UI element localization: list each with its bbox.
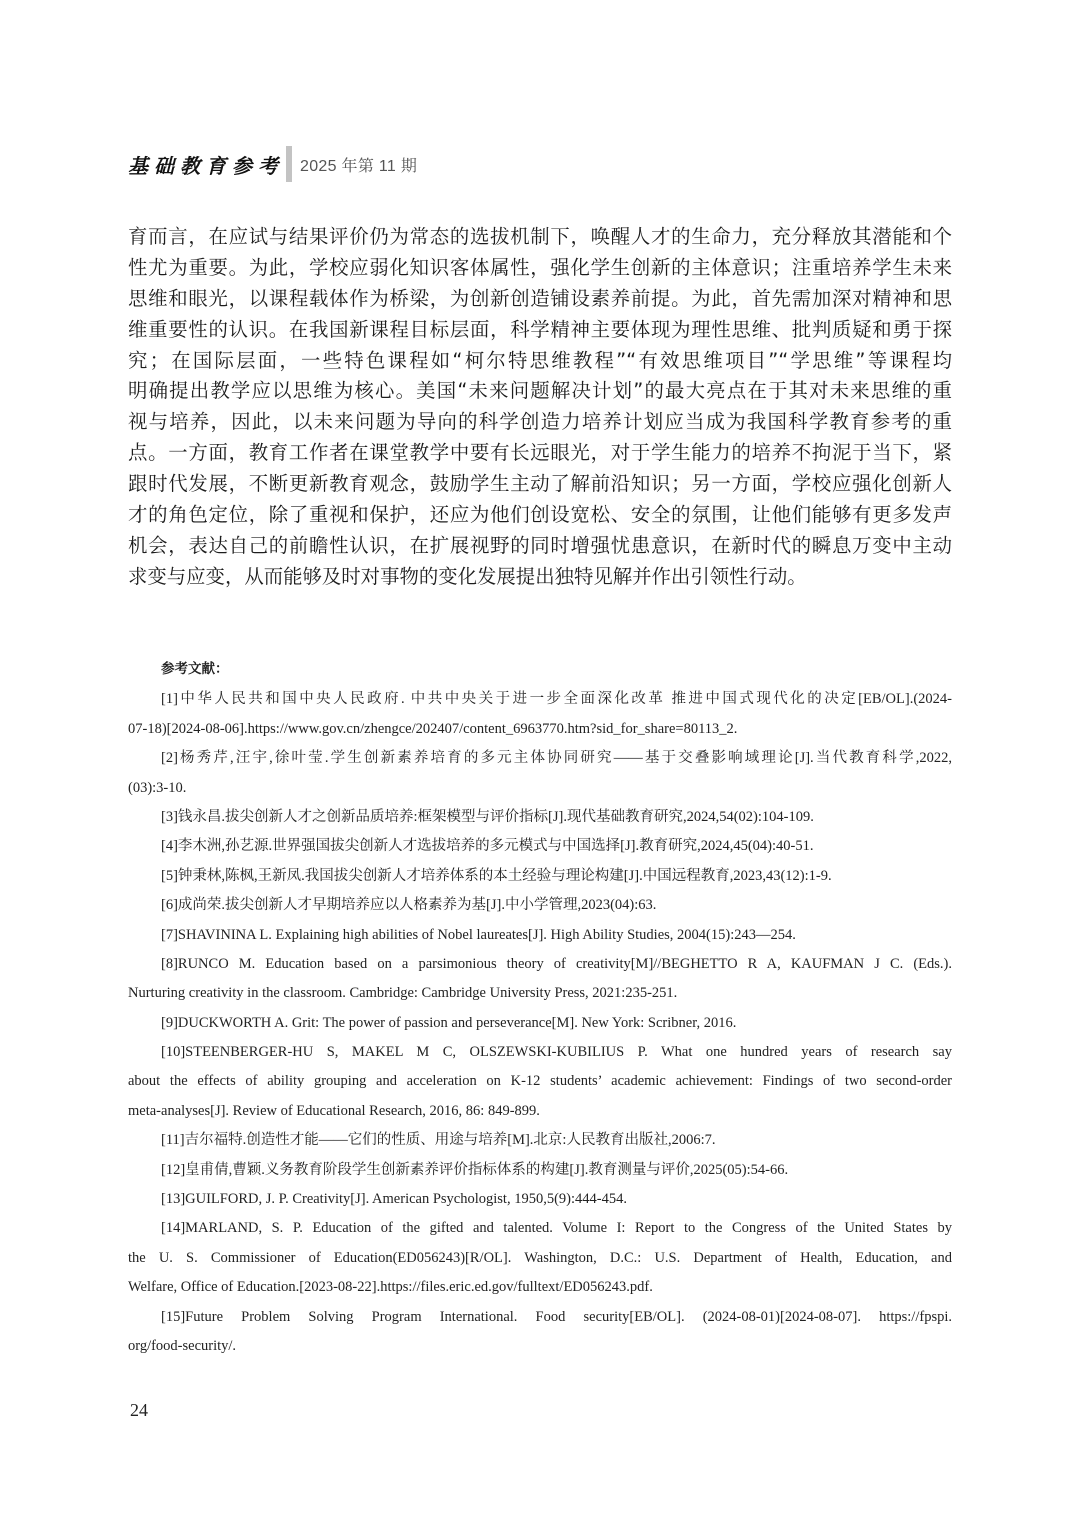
reference-line: Welfare, Office of Education.[2023-08-22… [128,1273,952,1302]
issue-label: 2025 年第 11 期 [300,153,417,176]
reference-line: [9]DUCKWORTH A. Grit: The power of passi… [128,1009,952,1038]
reference-line: [11]吉尔福特.创造性才能——它们的性质、用途与培养[M].北京:人民教育出版… [128,1126,952,1155]
body-line: 明确提出教学应以思维为核心。美国“未来问题解决计划”的最大亮点在于其对未来思维的… [128,376,952,407]
reference-line: Nurturing creativity in the classroom. C… [128,979,952,1008]
reference-line: [2]杨秀芹,汪宇,徐叶莹.学生创新素养培育的多元主体协同研究——基于交叠影响域… [128,744,952,773]
body-line: 才的角色定位，除了重视和保护，还应为他们创设宽松、安全的氛围，让他们能够有更多发… [128,500,952,531]
body-line: 思维和眼光，以课程载体作为桥梁，为创新创造铺设素养前提。为此，首先需加深对精神和… [128,284,952,315]
reference-item-15: [15]Future Problem Solving Program Inter… [128,1303,952,1362]
reference-line: [8]RUNCO M. Education based on a parsimo… [128,950,952,979]
reference-line: org/food-security/. [128,1332,952,1361]
reference-line: [13]GUILFORD, J. P. Creativity[J]. Ameri… [128,1185,952,1214]
header-divider [286,146,292,182]
reference-item-1: [1]中华人民共和国中央人民政府. 中共中央关于进一步全面深化改革 推进中国式现… [128,685,952,744]
body-line: 跟时代发展，不断更新教育观念，鼓励学生主动了解前沿知识；另一方面，学校应强化创新… [128,469,952,500]
body-line: 求变与应变，从而能够及时对事物的变化发展提出独特见解并作出引领性行动。 [128,562,952,593]
body-line: 育而言，在应试与结果评价仍为常态的选拔机制下，唤醒人才的生命力，充分释放其潜能和… [128,222,952,253]
running-header: 基础教育参考 2025 年第 11 期 [128,146,417,182]
body-paragraph: 育而言，在应试与结果评价仍为常态的选拔机制下，唤醒人才的生命力，充分释放其潜能和… [128,222,952,593]
reference-line: 07-18)[2024-08-06].https://www.gov.cn/zh… [128,715,952,744]
reference-item-7: [7]SHAVININA L. Explaining high abilitie… [128,921,952,950]
reference-line: [3]钱永昌.拔尖创新人才之创新品质培养:框架模型与评价指标[J].现代基础教育… [128,803,952,832]
reference-line: [7]SHAVININA L. Explaining high abilitie… [128,921,952,950]
reference-line: meta-analyses[J]. Review of Educational … [128,1097,952,1126]
reference-line: the U. S. Commissioner of Education(ED05… [128,1244,952,1273]
reference-line: [5]钟秉林,陈枫,王新凤.我国拔尖创新人才培养体系的本土经验与理论构建[J].… [128,862,952,891]
reference-line: about the effects of ability grouping an… [128,1067,952,1096]
reference-line: [10]STEENBERGER-HU S, MAKEL M C, OLSZEWS… [128,1038,952,1067]
reference-item-3: [3]钱永昌.拔尖创新人才之创新品质培养:框架模型与评价指标[J].现代基础教育… [128,803,952,832]
reference-item-8: [8]RUNCO M. Education based on a parsimo… [128,950,952,1009]
reference-item-11: [11]吉尔福特.创造性才能——它们的性质、用途与培养[M].北京:人民教育出版… [128,1126,952,1155]
references-section: 参考文献： [1]中华人民共和国中央人民政府. 中共中央关于进一步全面深化改革 … [128,656,952,1361]
page-number: 24 [130,1400,148,1421]
body-line: 性尤为重要。为此，学校应弱化知识客体属性，强化学生创新的主体意识；注重培养学生未… [128,253,952,284]
reference-line: [4]李木洲,孙艺源.世界强国拔尖创新人才选拔培养的多元模式与中国选择[J].教… [128,832,952,861]
reference-item-5: [5]钟秉林,陈枫,王新凤.我国拔尖创新人才培养体系的本土经验与理论构建[J].… [128,862,952,891]
reference-item-6: [6]成尚荣.拔尖创新人才早期培养应以人格素养为基[J].中小学管理,2023(… [128,891,952,920]
body-line: 维重要性的认识。在我国新课程目标层面，科学精神主要体现为理性思维、批判质疑和勇于… [128,315,952,346]
reference-item-9: [9]DUCKWORTH A. Grit: The power of passi… [128,1009,952,1038]
reference-line: [15]Future Problem Solving Program Inter… [128,1303,952,1332]
body-line: 视与培养，因此，以未来问题为导向的科学创造力培养计划应当成为我国科学教育参考的重 [128,407,952,438]
reference-item-10: [10]STEENBERGER-HU S, MAKEL M C, OLSZEWS… [128,1038,952,1126]
body-line: 点。一方面，教育工作者在课堂教学中要有长远眼光，对于学生能力的培养不拘泥于当下，… [128,438,952,469]
reference-line: [14]MARLAND, S. P. Education of the gift… [128,1214,952,1243]
references-title: 参考文献： [128,656,952,685]
reference-line: [6]成尚荣.拔尖创新人才早期培养应以人格素养为基[J].中小学管理,2023(… [128,891,952,920]
reference-item-2: [2]杨秀芹,汪宇,徐叶莹.学生创新素养培育的多元主体协同研究——基于交叠影响域… [128,744,952,803]
journal-name: 基础教育参考 [128,150,284,179]
reference-line: [1]中华人民共和国中央人民政府. 中共中央关于进一步全面深化改革 推进中国式现… [128,685,952,714]
body-line: 究；在国际层面，一些特色课程如“柯尔特思维教程”“有效思维项目”“学思维”等课程… [128,346,952,377]
body-line: 机会，表达自己的前瞻性认识，在扩展视野的同时增强忧患意识，在新时代的瞬息万变中主… [128,531,952,562]
reference-line: (03):3-10. [128,774,952,803]
reference-item-12: [12]皇甫倩,曹颖.义务教育阶段学生创新素养评价指标体系的构建[J].教育测量… [128,1156,952,1185]
reference-item-4: [4]李木洲,孙艺源.世界强国拔尖创新人才选拔培养的多元模式与中国选择[J].教… [128,832,952,861]
reference-item-13: [13]GUILFORD, J. P. Creativity[J]. Ameri… [128,1185,952,1214]
reference-line: [12]皇甫倩,曹颖.义务教育阶段学生创新素养评价指标体系的构建[J].教育测量… [128,1156,952,1185]
reference-item-14: [14]MARLAND, S. P. Education of the gift… [128,1214,952,1302]
